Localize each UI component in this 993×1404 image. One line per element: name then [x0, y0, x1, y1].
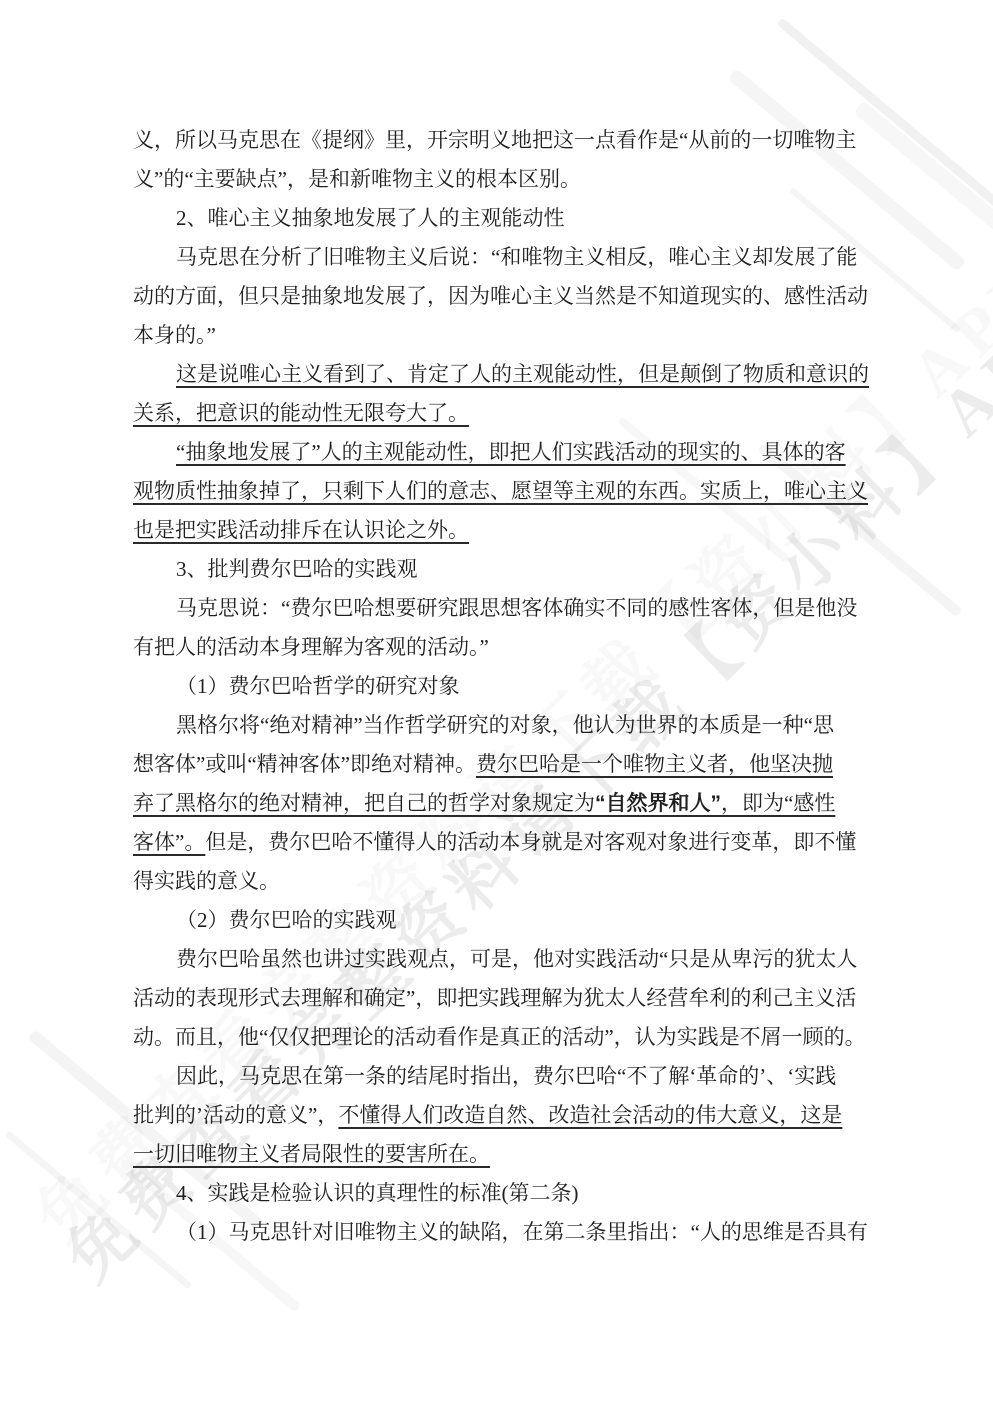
- text-line: 4、实践是检验认识的真理性的标准(第二条): [133, 1174, 865, 1213]
- text-run: 马克思说：“费尔巴哈想要研究跟思想客体确实不同的感性客体，但是他没: [176, 596, 857, 620]
- text-line: 一切旧唯物主义者局限性的要害所在。: [133, 1135, 865, 1174]
- text-run: 动的方面，但只是抽象地发展了，因为唯心主义当然是不知道现实的、感性活动: [133, 284, 868, 308]
- text-run: 活动的表现形式去理解和确定”，即把实践理解为犹太人经营牟利的利己主义活: [133, 986, 856, 1010]
- text-line: 活动的表现形式去理解和确定”，即把实践理解为犹太人经营牟利的利己主义活: [133, 979, 865, 1018]
- text-run: （2）费尔巴哈的实践观: [176, 908, 397, 932]
- text-line: 本身的。”: [133, 316, 865, 355]
- text-run: 一切旧唯物主义者局限性的要害所在。: [133, 1142, 490, 1166]
- text-line: 费尔巴哈虽然也讲过实践观点，可是，他对实践活动“只是从卑污的犹太人: [133, 940, 865, 979]
- text-line: 黑格尔将“绝对精神”当作哲学研究的对象，他认为世界的本质是一种“思: [133, 706, 865, 745]
- text-run: 这是说唯心主义看到了、肯定了人的主观能动性，但是颠倒了物质和意识的: [176, 362, 869, 386]
- text-line: 因此，马克思在第一条的结尾时指出，费尔巴哈“不了解‘革命的’、‘实践: [133, 1057, 865, 1096]
- text-line: 义”的“主要缺点”，是和新唯物主义的根本区别。: [133, 160, 865, 199]
- watermark-streak: [853, 100, 993, 279]
- text-line: 动。而且，他“仅仅把理论的活动看作是真正的活动”，认为实践是不屑一顾的。: [133, 1018, 865, 1057]
- text-line: 想客体”或叫“精神客体”即绝对精神。费尔巴哈是一个唯物主义者，他坚决抛: [133, 745, 865, 784]
- text-run: 也是把实践活动排斥在认识论之外。: [133, 518, 469, 542]
- text-line: 义，所以马克思在《提纲》里，开宗明义地把这一点看作是“从前的一切唯物主: [133, 121, 865, 160]
- text-run: 费尔巴哈虽然也讲过实践观点，可是，他对实践活动“只是从卑污的犹太人: [176, 947, 857, 971]
- text-line: （1）马克思针对旧唯物主义的缺陷，在第二条里指出：“人的思维是否具有: [133, 1213, 865, 1252]
- text-run: （1）费尔巴哈哲学的研究对象: [176, 674, 460, 698]
- text-run: 费尔巴哈是一个唯物主义者，他坚决抛: [476, 752, 833, 776]
- text-line: 批判的’活动的意义”，不懂得人们改造自然、改造社会活动的伟大意义，这是: [133, 1096, 865, 1135]
- text-run: 有把人的活动本身理解为客观的活动。”: [133, 635, 489, 659]
- text-line: （2）费尔巴哈的实践观: [133, 901, 865, 940]
- text-run: 但是，费尔巴哈不懂得人的活动本身就是对客观对象进行变革，即不懂: [205, 830, 856, 854]
- text-line: 观物质性抽象掉了，只剩下人们的意志、愿望等主观的东西。实质上，唯心主义: [133, 472, 865, 511]
- text-line: （1）费尔巴哈哲学的研究对象: [133, 667, 865, 706]
- text-run: 动。而且，他“仅仅把理论的活动看作是真正的活动”，认为实践是不屑一顾的。: [133, 1025, 866, 1049]
- text-run: ，即为“感性: [721, 791, 835, 815]
- text-run: “自然界和人”: [595, 792, 721, 815]
- text-line: 弃了黑格尔的绝对精神，把自己的哲学对象规定为“自然界和人”，即为“感性: [133, 784, 865, 823]
- text-line: 3、批判费尔巴哈的实践观: [133, 550, 865, 589]
- text-block: 义，所以马克思在《提纲》里，开宗明义地把这一点看作是“从前的一切唯物主义”的“主…: [133, 121, 865, 1252]
- text-run: （1）马克思针对旧唯物主义的缺陷，在第二条里指出：“人的思维是否具有: [176, 1220, 868, 1244]
- text-line: 动的方面，但只是抽象地发展了，因为唯心主义当然是不知道现实的、感性活动: [133, 277, 865, 316]
- text-run: 批判的’活动的意义”，: [133, 1103, 338, 1127]
- text-line: 关系，把意识的能动性无限夸大了。: [133, 394, 865, 433]
- text-run: “抽象地发展了”人的主观能动性，即把人们实践活动的现实的、具体的客: [176, 440, 846, 464]
- text-run: 客体”。: [133, 830, 205, 854]
- document-page: 免费查看完整资料请下载【资小料】APP 免费查看完整资料请下载【资小料】APP …: [0, 0, 993, 1404]
- text-run: 观物质性抽象掉了，只剩下人们的意志、愿望等主观的东西。实质上，唯心主义: [133, 479, 868, 503]
- text-run: 4、实践是检验认识的真理性的标准(第二条): [176, 1181, 579, 1205]
- text-run: 2、唯心主义抽象地发展了人的主观能动性: [176, 206, 565, 230]
- text-run: 黑格尔将“绝对精神”当作哲学研究的对象，他认为世界的本质是一种“思: [176, 713, 834, 737]
- text-run: 关系，把意识的能动性无限夸大了。: [133, 401, 469, 425]
- text-run: 义”的“主要缺点”，是和新唯物主义的根本区别。: [133, 167, 581, 191]
- text-line: 2、唯心主义抽象地发展了人的主观能动性: [133, 199, 865, 238]
- text-run: 马克思在分析了旧唯物主义后说：“和唯物主义相反，唯心主义却发展了能: [176, 245, 857, 269]
- text-line: 有把人的活动本身理解为客观的活动。”: [133, 628, 865, 667]
- text-line: 马克思在分析了旧唯物主义后说：“和唯物主义相反，唯心主义却发展了能: [133, 238, 865, 277]
- text-run: 3、批判费尔巴哈的实践观: [176, 557, 418, 581]
- text-run: 本身的。”: [133, 323, 216, 347]
- text-run: 弃了黑格尔的绝对精神，把自己的哲学对象规定为: [133, 791, 595, 815]
- text-line: 得实践的意义。: [133, 862, 865, 901]
- text-run: 义，所以马克思在《提纲》里，开宗明义地把这一点看作是“从前的一切唯物主: [133, 128, 856, 152]
- text-run: 得实践的意义。: [133, 869, 280, 893]
- text-line: 这是说唯心主义看到了、肯定了人的主观能动性，但是颠倒了物质和意识的: [133, 355, 865, 394]
- text-line: 马克思说：“费尔巴哈想要研究跟思想客体确实不同的感性客体，但是他没: [133, 589, 865, 628]
- text-run: 想客体”或叫“精神客体”即绝对精神。: [133, 752, 476, 776]
- text-run: 不懂得人们改造自然、改造社会活动的伟大意义，这是: [338, 1103, 842, 1127]
- text-line: “抽象地发展了”人的主观能动性，即把人们实践活动的现实的、具体的客: [133, 433, 865, 472]
- text-run: 因此，马克思在第一条的结尾时指出，费尔巴哈“不了解‘革命的’、‘实践: [176, 1064, 836, 1088]
- text-line: 客体”。但是，费尔巴哈不懂得人的活动本身就是对客观对象进行变革，即不懂: [133, 823, 865, 862]
- text-line: 也是把实践活动排斥在认识论之外。: [133, 511, 865, 550]
